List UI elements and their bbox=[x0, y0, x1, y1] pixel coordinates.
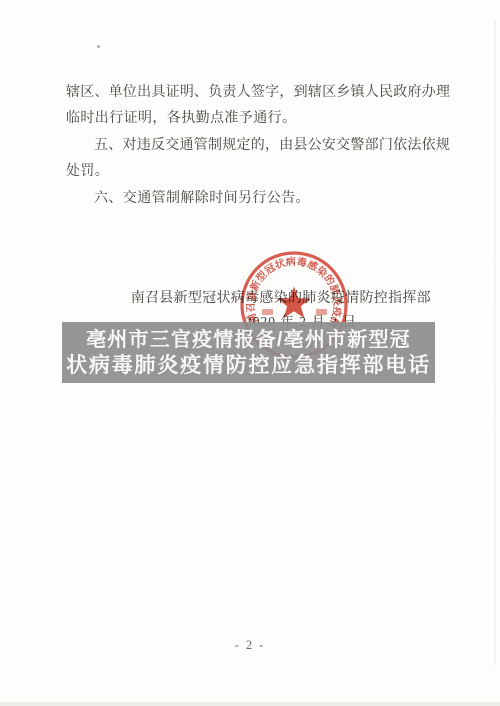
body-line: 六、交通管制解除时间另行公告。 bbox=[66, 186, 450, 212]
seal-registration-mark bbox=[316, 309, 327, 315]
scan-edge-artifact-bottom bbox=[0, 702, 500, 706]
document-body: 辖区、单位出具证明、负责人签字，到辖区乡镇人民政府办理 临时出行证明，各执勤点准… bbox=[66, 80, 450, 212]
body-line: 辖区、单位出具证明、负责人签字，到辖区乡镇人民政府办理 bbox=[66, 80, 450, 106]
scanned-document-page: 辖区、单位出具证明、负责人签字，到辖区乡镇人民政府办理 临时出行证明，各执勤点准… bbox=[0, 0, 500, 706]
body-line: 处罚。 bbox=[66, 159, 450, 185]
body-line: 临时出行证明，各执勤点准予通行。 bbox=[66, 106, 450, 132]
scan-speck bbox=[97, 45, 100, 48]
seal-arc-text: 南召县新型冠状病毒感染的肺炎疫情防控指挥部 bbox=[238, 249, 344, 330]
body-line: 五、对违反交通管制规定的，由县公安交警部门依法依规 bbox=[66, 133, 450, 159]
scan-edge-artifact-right bbox=[494, 20, 496, 665]
page-number: - 2 - bbox=[0, 638, 500, 653]
overlay-title-line-1: 亳州市三官疫情报备/亳州市新型冠 bbox=[62, 327, 435, 353]
seal-registration-mark bbox=[262, 309, 273, 315]
overlay-title-line-2: 状病毒肺炎疫情防控应急指挥部电话 bbox=[62, 353, 435, 379]
seal-star-icon bbox=[277, 287, 310, 319]
svg-text:南召县新型冠状病毒感染的肺炎疫情防控指挥部: 南召县新型冠状病毒感染的肺炎疫情防控指挥部 bbox=[238, 249, 344, 330]
overlay-banner: 亳州市三官疫情报备/亳州市新型冠 状病毒肺炎疫情防控应急指挥部电话 bbox=[62, 322, 435, 383]
